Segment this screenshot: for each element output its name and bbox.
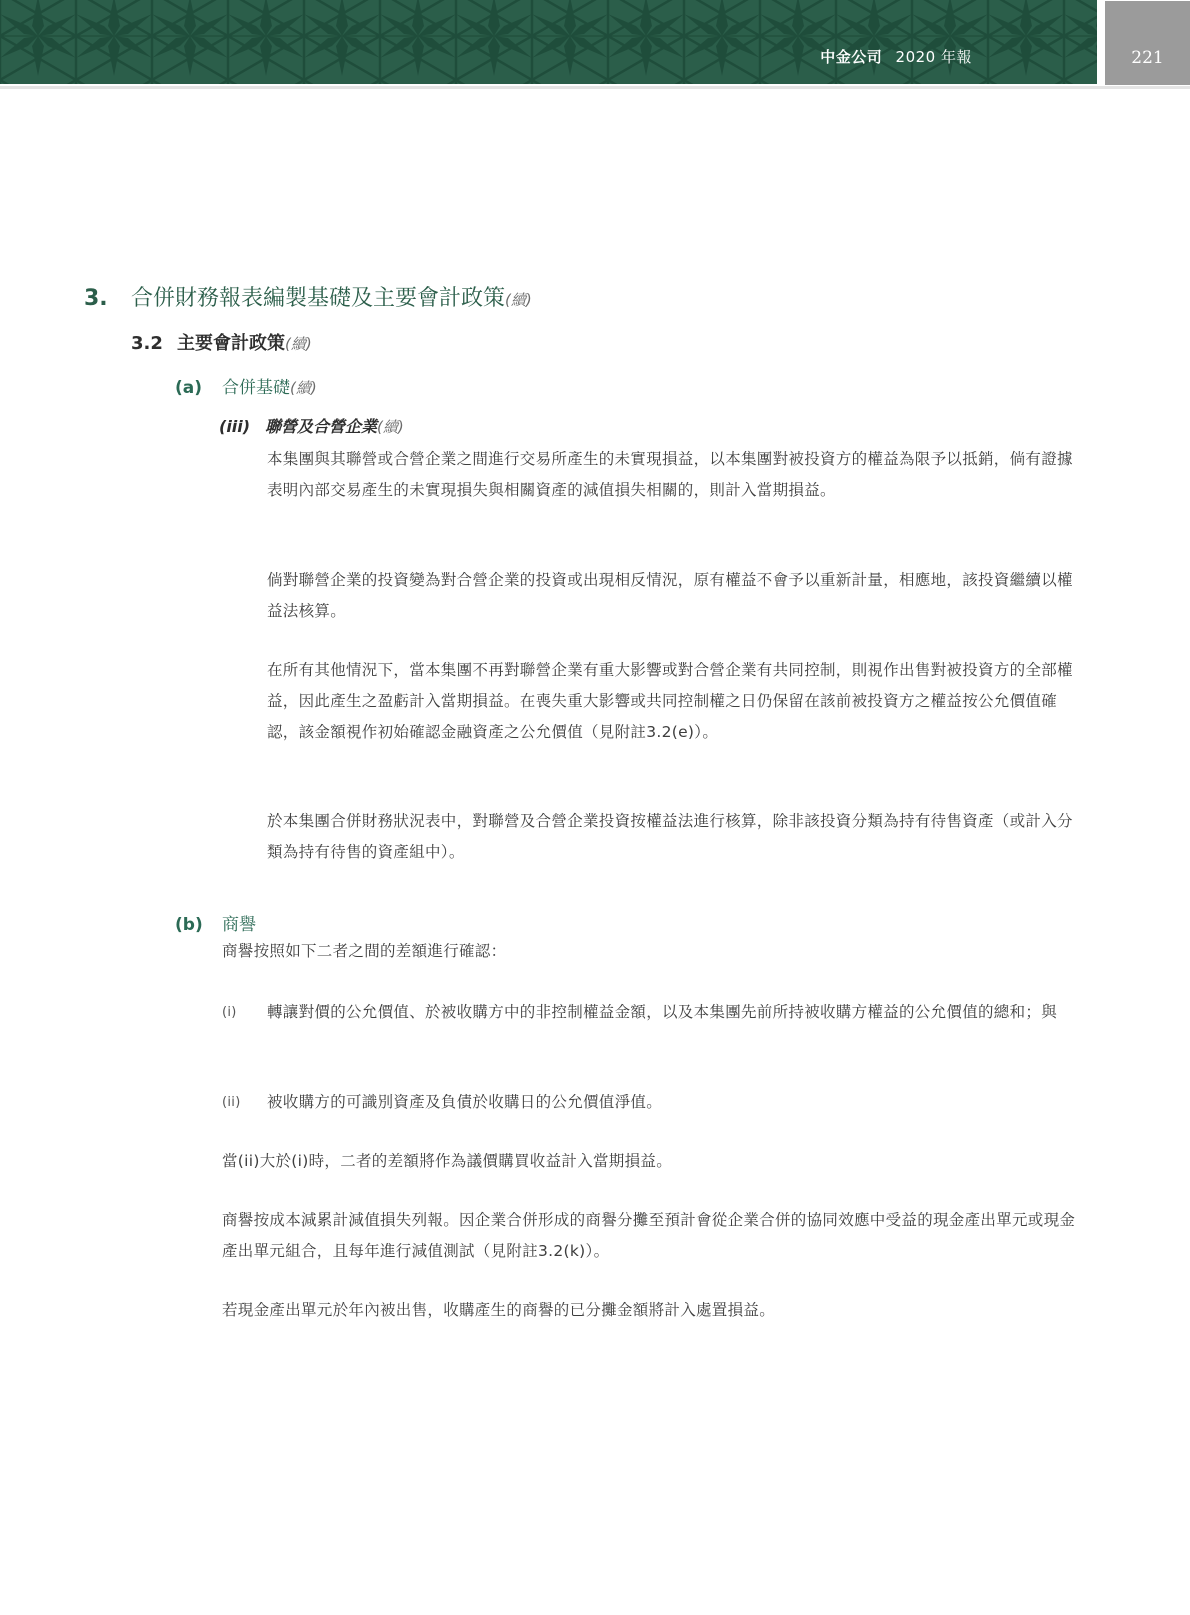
report-name: 2020 年報 <box>896 48 972 66</box>
subsection-b-number: (b) <box>175 915 222 935</box>
subsection-a-iii-heading: (iii)聯營及合營企業(續) <box>219 414 404 437</box>
subsection-a-number: (a) <box>175 378 222 398</box>
continued-label: (續) <box>505 291 532 309</box>
list-item: (i) 轉讓對價的公允價值、於被收購方中的非控制權益金額，以及本集團先前所持被收… <box>222 997 1079 1028</box>
continued-label: (續) <box>285 335 312 353</box>
paragraph: 倘對聯營企業的投資變為對合營企業的投資或出現相反情況，原有權益不會予以重新計量，… <box>267 565 1079 627</box>
paragraph: 商譽按照如下二者之間的差額進行確認： <box>222 936 1079 967</box>
report-title: 中金公司 2020 年報 <box>820 46 972 67</box>
list-marker: (i) <box>222 997 237 1028</box>
subsection-a-title: 合併基礎 <box>222 378 290 398</box>
list-item-text: 被收購方的可識別資產及負債於收購日的公允價值淨值。 <box>267 1087 1079 1118</box>
paragraph: 若現金產出單元於年內被出售，收購產生的商譽的已分攤金額將計入處置損益。 <box>222 1295 1079 1326</box>
subsection-b-title: 商譽 <box>222 915 256 935</box>
subsection-a-heading: (a)合併基礎(續) <box>175 373 317 398</box>
subsection-heading: 3.2主要會計政策(續) <box>131 329 312 355</box>
page-number-box: 221 <box>1105 1 1190 85</box>
paragraph: 本集團與其聯營或合營企業之間進行交易所產生的未實現損益，以本集團對被投資方的權益… <box>267 444 1079 506</box>
subsection-number: 3.2 <box>131 333 177 354</box>
paragraph: 商譽按成本減累計減值損失列報。因企業合併形成的商譽分攤至預計會從企業合併的協同效… <box>222 1205 1079 1267</box>
asanoha-pattern-icon <box>0 0 1097 84</box>
header-banner: 中金公司 2020 年報 <box>0 0 1097 84</box>
section-heading: 3.合併財務報表編製基礎及主要會計政策(續) <box>84 281 532 312</box>
header-divider <box>0 86 1190 89</box>
page-number: 221 <box>1105 48 1190 68</box>
section-number: 3. <box>84 286 131 311</box>
paragraph: 當(ii)大於(i)時，二者的差額將作為議價購買收益計入當期損益。 <box>222 1146 1079 1177</box>
continued-label: (續) <box>377 418 404 436</box>
paragraph: 在所有其他情況下，當本集團不再對聯營企業有重大影響或對合營企業有共同控制，則視作… <box>267 655 1079 748</box>
subsection-a-iii-title: 聯營及合營企業 <box>265 417 377 436</box>
subsection-b-heading: (b)商譽 <box>175 910 256 935</box>
company-name: 中金公司 <box>820 48 882 66</box>
list-item: (ii) 被收購方的可識別資產及負債於收購日的公允價值淨值。 <box>222 1087 1079 1118</box>
list-item-text: 轉讓對價的公允價值、於被收購方中的非控制權益金額，以及本集團先前所持被收購方權益… <box>267 997 1079 1028</box>
list-marker: (ii) <box>222 1087 241 1118</box>
subsection-a-iii-number: (iii) <box>219 417 265 436</box>
paragraph: 於本集團合併財務狀況表中，對聯營及合營企業投資按權益法進行核算，除非該投資分類為… <box>267 806 1079 868</box>
section-title: 合併財務報表編製基礎及主要會計政策 <box>131 286 505 311</box>
subsection-title: 主要會計政策 <box>177 333 285 354</box>
continued-label: (續) <box>290 379 317 397</box>
